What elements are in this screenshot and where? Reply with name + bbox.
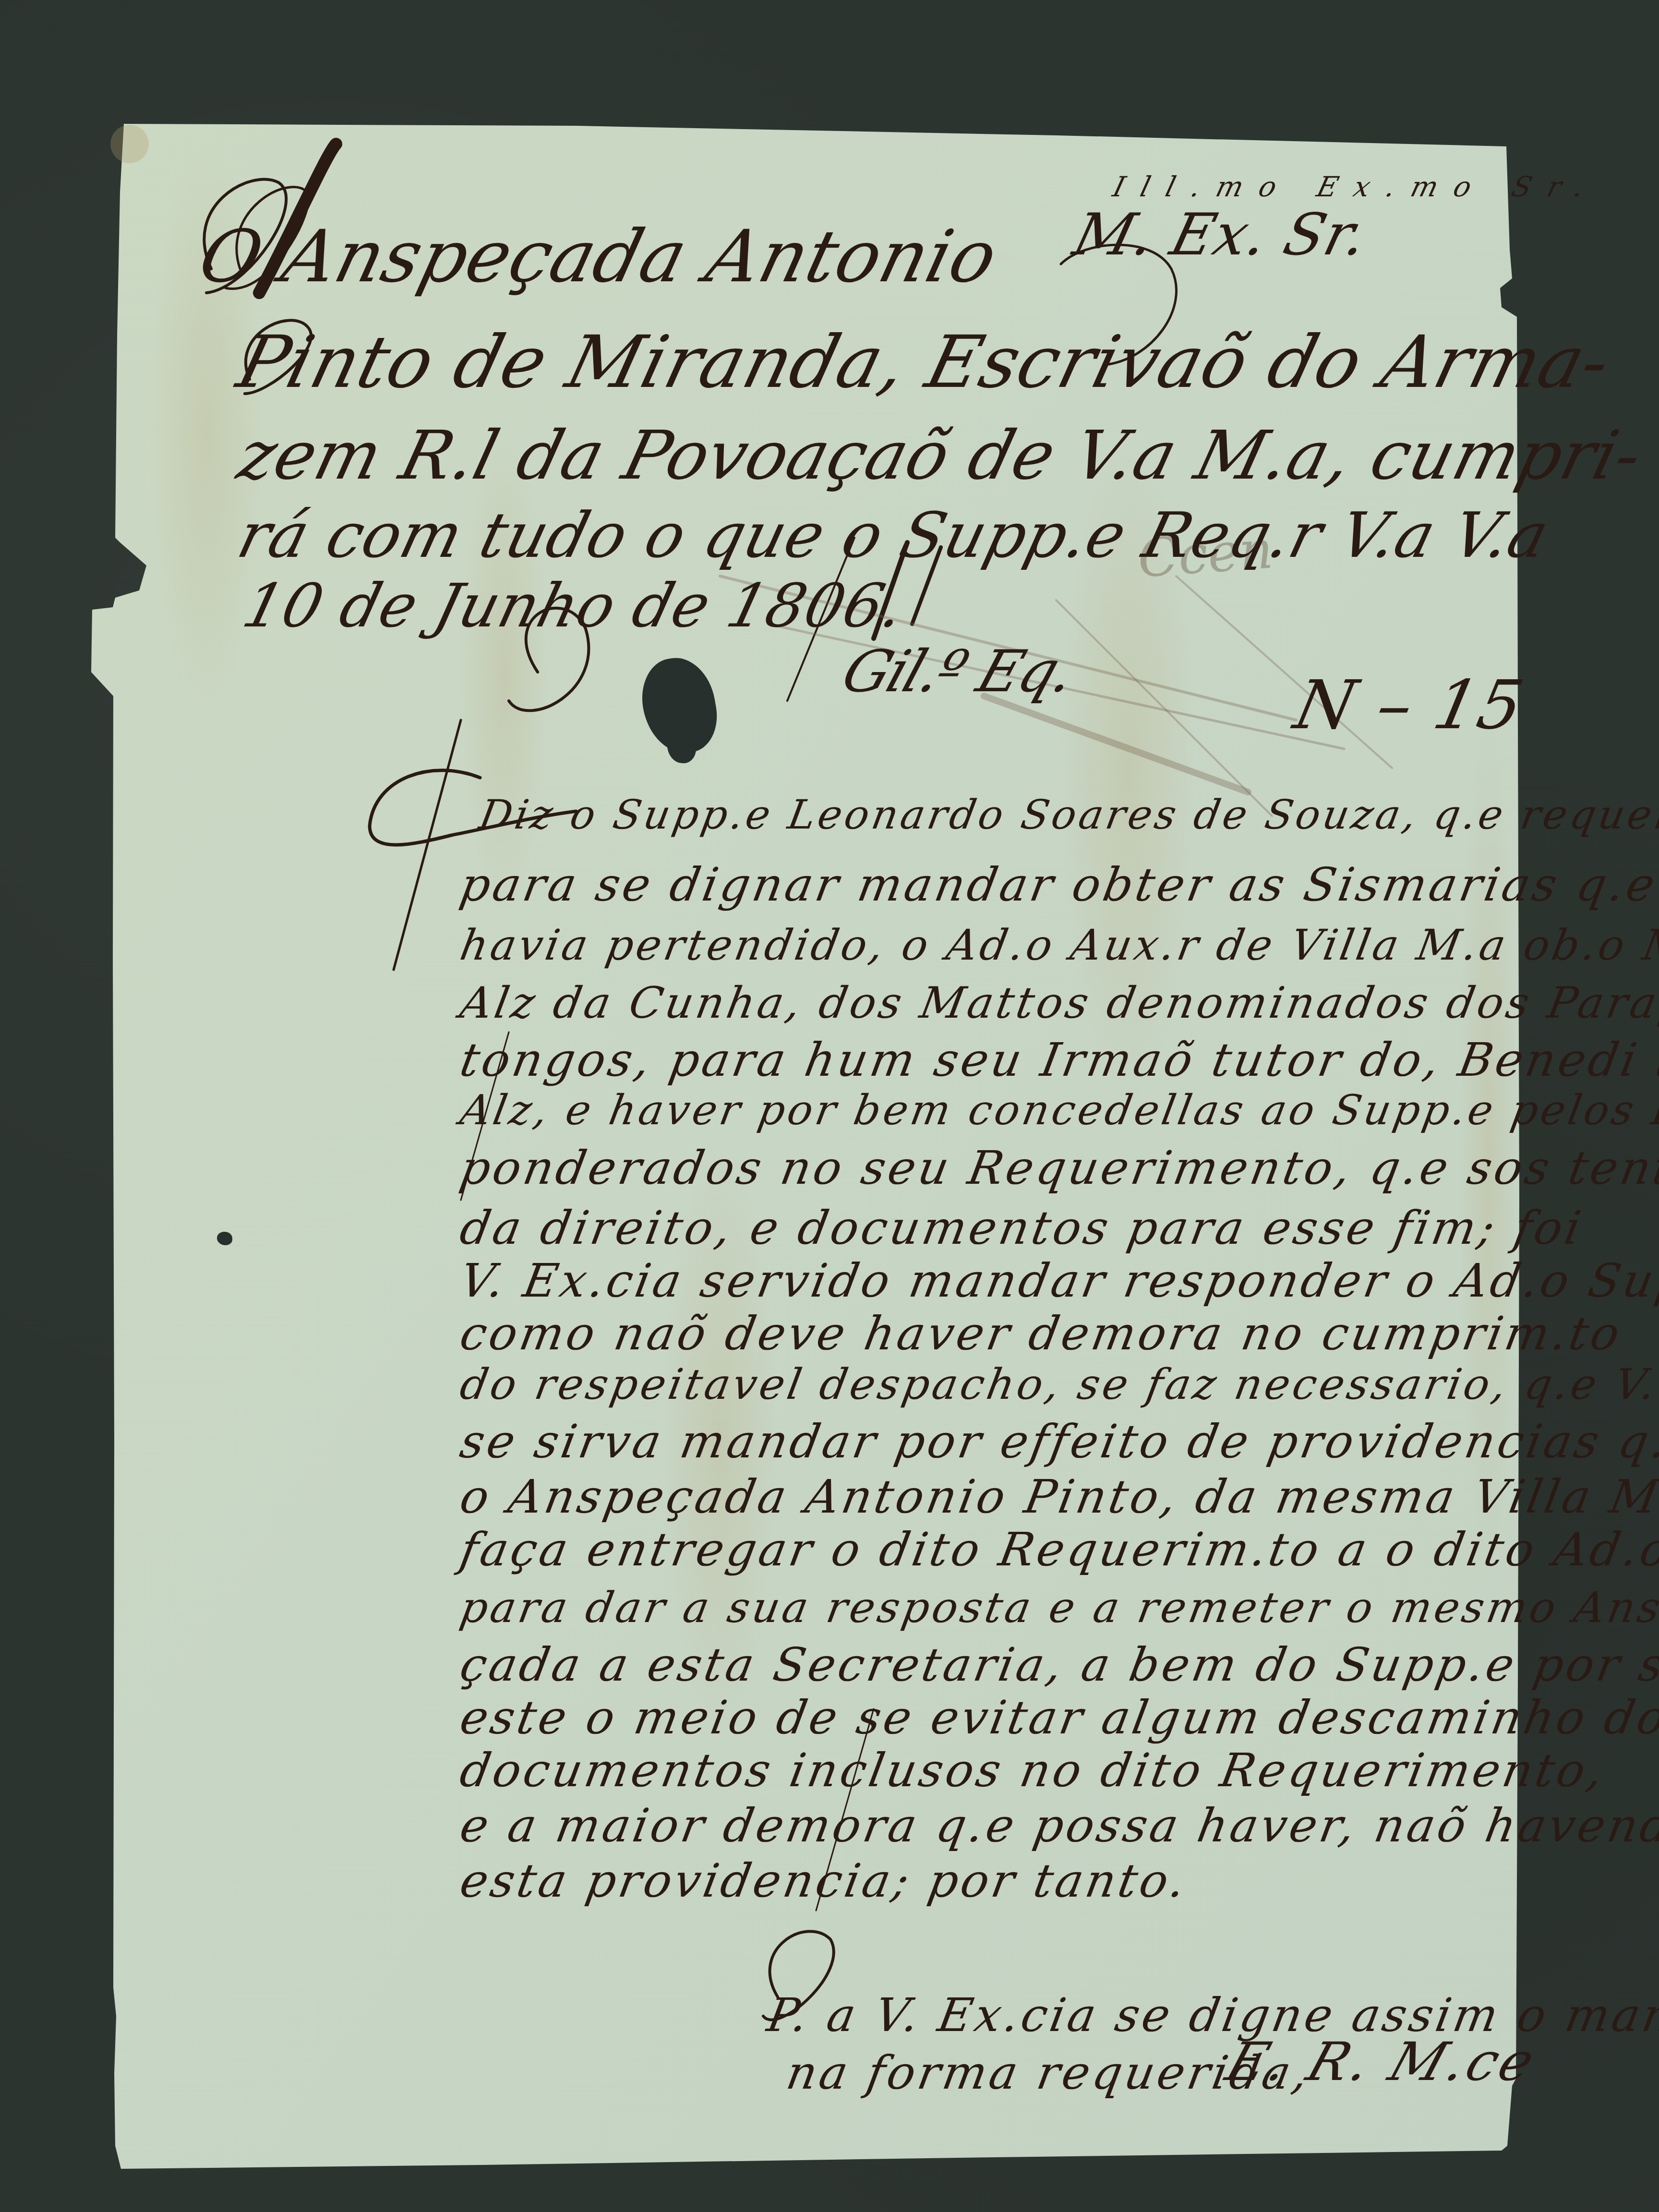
heading-line-date: 10 de Junho de 1806. bbox=[237, 576, 910, 636]
ink-blot-hole-tail bbox=[667, 730, 696, 763]
body-line: se sirva mandar por effeito de providenc… bbox=[457, 1419, 1659, 1465]
salutation-main: M. Ex. Sr. bbox=[1068, 206, 1373, 264]
closing-abbreviation: E. R. M.ce bbox=[1220, 2035, 1543, 2088]
body-line: V. Ex.cia servido mandar responder o Ad.… bbox=[457, 1258, 1659, 1304]
body-line: para se dignar mandar obter as Sismarias… bbox=[457, 862, 1659, 908]
body-line: havia pertendido, o Ad.o Aux.r de Villa … bbox=[457, 924, 1659, 966]
salutation-title: Ill.mo Ex.mo Sr. bbox=[1110, 173, 1603, 201]
body-line: o Anspeçada Antonio Pinto, da mesma Vill… bbox=[457, 1474, 1659, 1520]
body-line: este o meio de se evitar algum descaminh… bbox=[457, 1695, 1659, 1741]
body-line: da direito, e documentos para esse fim; … bbox=[457, 1205, 1587, 1251]
body-line: como naõ deve haver demora no cumprim.to bbox=[457, 1310, 1626, 1357]
body-line: e a maior demora q.e possa haver, naõ ha… bbox=[457, 1803, 1659, 1849]
heading-line-1: O Anspeçada Antonio bbox=[192, 221, 1004, 293]
heading-line-3: zem R.l da Povoaçaõ de V.a M.a, cumpri- bbox=[232, 422, 1648, 490]
body-line: Alz da Cunha, dos Mattos denominados dos… bbox=[457, 982, 1659, 1025]
body-line: do respeitavel despacho, se faz necessar… bbox=[457, 1363, 1659, 1406]
body-line: tongos, para hum seu Irmaõ tutor do, Ben… bbox=[457, 1037, 1659, 1083]
body-line: documentos inclusos no dito Requerimento… bbox=[457, 1747, 1610, 1793]
body-line: esta providencia; por tanto. bbox=[457, 1858, 1192, 1904]
body-line: çada a esta Secretaria, a bem do Supp.e … bbox=[457, 1642, 1659, 1688]
body-line: ponderados no seu Requerimento, q.e sos … bbox=[457, 1145, 1659, 1191]
heading-line-4: rá com tudo o que o Supp.e Req.r V.a V.a bbox=[232, 504, 1555, 566]
small-hole bbox=[217, 1232, 232, 1245]
body-line: faça entregar o dito Requerim.to a o dit… bbox=[457, 1527, 1659, 1573]
official-signature: Gil.º Eq. bbox=[836, 643, 1081, 701]
body-line: Diz o Supp.e Leonardo Soares de Souza, q… bbox=[477, 794, 1659, 835]
heading-line-2: Pinto de Miranda, Escrivaõ do Arma- bbox=[231, 326, 1617, 398]
manuscript-leaf: Ccen bbox=[0, 0, 1659, 2212]
document-number: N – 15 bbox=[1289, 672, 1529, 739]
body-line: para dar a sua resposta e a remeter o me… bbox=[457, 1587, 1659, 1629]
body-line: Alz, e haver por bem concedellas ao Supp… bbox=[457, 1090, 1659, 1131]
